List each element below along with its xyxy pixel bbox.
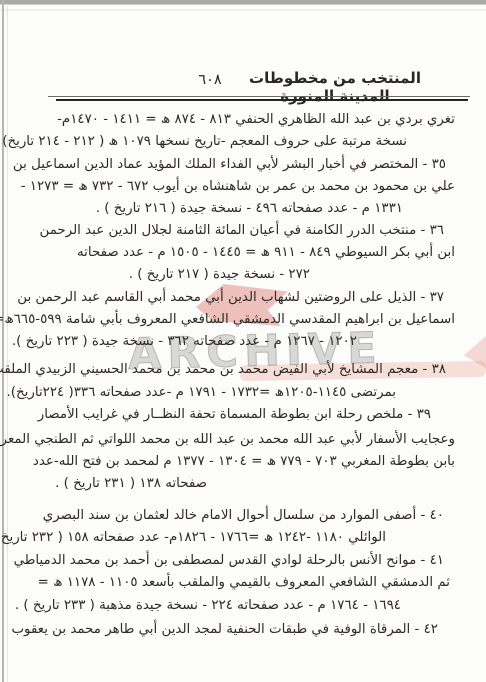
text-line: بمرتضى ١١٤٥-١٢٠٥ھ =١٧٣٢ - ١٧٩١ م -عدد صف…: [7, 383, 396, 403]
body-text: تغري بردي بن عبد الله الظاهري الحنفي ٨١٣…: [0, 0, 486, 682]
text-line: ١٦٩٤ - ١٧٦٤ م - عدد صفحاته ٢٢٤ - نسخة جي…: [15, 596, 401, 616]
text-line: ابن أبي بكر السيوطي ٨٤٩ - ٩١١ ھ = ١٤٤٥ -…: [77, 243, 455, 263]
scanned-page: ARCHIVE ٦٠٨ المنتخب من مخطوطات المدينة ا…: [0, 0, 486, 682]
text-line: علي بن محمود بن محمد بن عمر بن شاهنشاه ب…: [21, 177, 455, 197]
text-line: ٤٢ - المرقاة الوفية في طبقات الحنفية لمج…: [11, 620, 438, 640]
text-line: نسخة مرتبة على حروف المعجم -تاريخ نسخها …: [2, 132, 407, 152]
text-line: ٣٩ - ملخص رحلة ابن بطوطة المسماة تحفة ال…: [38, 405, 431, 425]
text-line: تغري بردي بن عبد الله الظاهري الحنفي ٨١٣…: [57, 110, 455, 130]
text-line: ٣٨ - معجم المشايخ لأبي الفيض محمد بن محم…: [0, 360, 446, 380]
text-line: ٣٥ - المختصر في أخبار البشر لأبي الفداء …: [13, 155, 446, 175]
text-line: ٤١ - موانح الأنس بالرحلة لوادي القدس لمص…: [14, 551, 444, 571]
text-line: بابن بطوطة المغربي ٧٠٣ - ٧٧٩ ھ = ١٣٠٤ - …: [33, 452, 455, 472]
text-line: ٣٦ - منتخب الدرر الكامنة في أعيان المائة…: [40, 221, 445, 241]
text-line: ١٣٣١ م - عدد صفحاته ٤٩٦ - نسخة جيدة ( ٢١…: [96, 199, 403, 219]
text-line: صفحاته ١٣٨ ( ٢٣١ تاريخ ) .: [55, 474, 207, 494]
text-line: ٢٧٢ - نسخة جيدة ( ٢١٧ تاريخ ) .: [129, 265, 310, 285]
text-line: ٣٧ - الذيل على الروضتين لشهاب الدين أبي …: [17, 288, 444, 308]
text-line: ١٢٠٢ - ١٢٦٧ م - عدد صفحاته ٣٦٢ - نسخة جي…: [12, 332, 357, 352]
text-line: وعجايب الأسفار لأبي عبد الله محمد بن عبد…: [0, 430, 455, 450]
text-line: ثم الدمشقي الشافعي المعروف بالقيمي والمل…: [38, 573, 450, 593]
text-line: اسماعيل بن ابراهيم المقدسي الدمشقي الشاف…: [0, 310, 455, 330]
text-line: ٤٠ - أصفى الموارد من سلسال أحوال الامام …: [43, 506, 444, 526]
text-line: الوائلي ١١٨٠ -١٢٤٢ ھ =١٧٦٦ - ١٨٢٦م- عدد …: [0, 528, 386, 548]
